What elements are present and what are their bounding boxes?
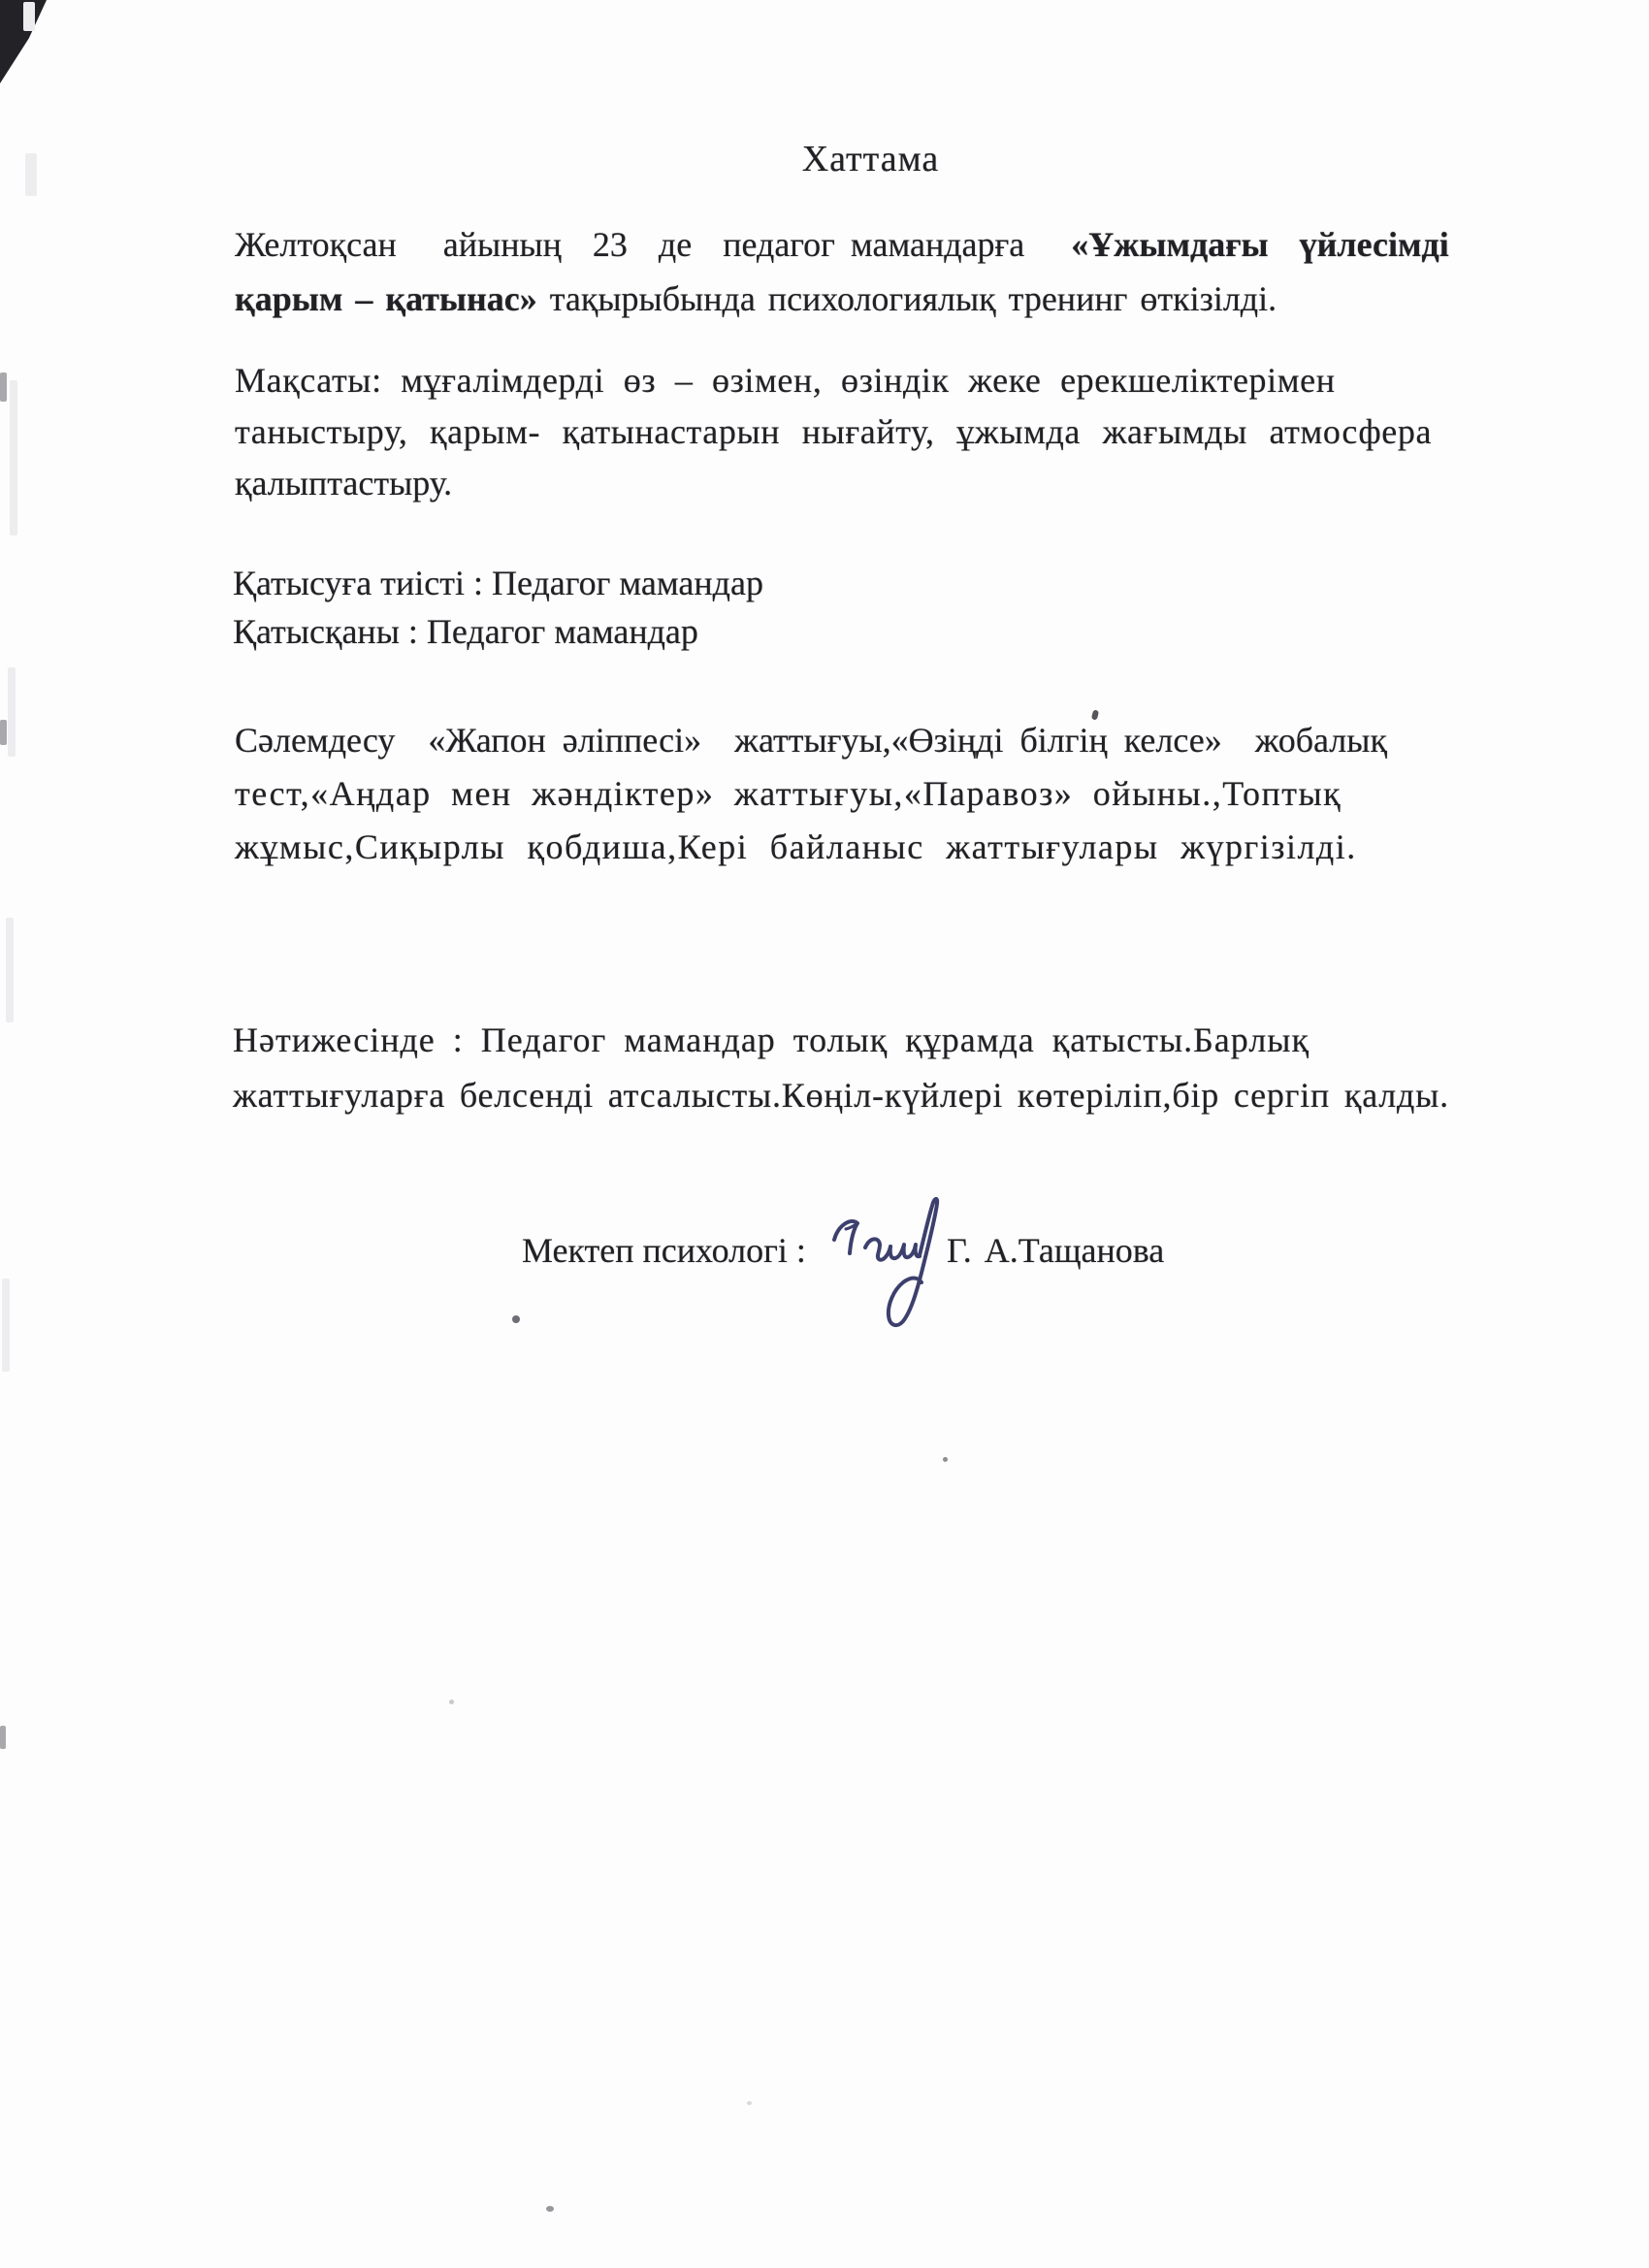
result-line-2: жаттығуларға белсенді атсалысты.Көңіл-кү… [233,1068,1449,1123]
signature-role-label: Мектеп психологі : [522,1224,806,1278]
intro-line1-regular-segment: Желтоқсан айының 23 де педагог мамандарғ… [235,225,1071,264]
intro-line-1: Желтоқсан айының 23 де педагог мамандарғ… [235,217,1449,272]
scanned-document-page: Хаттама Желтоқсан айының 23 де педагог м… [0,0,1649,2268]
intro-paragraph: Желтоқсан айының 23 де педагог мамандарғ… [235,217,1449,326]
intro-line1-bold-segment: «Ұжымдағы үйлесімді [1071,225,1448,264]
scan-edge-smudge [8,667,16,757]
attendees-expected-line: Қатысуға тиісті : Педагог мамандар [233,559,763,607]
intro-line2-regular-segment: тақырыбында психологиялық тренинг өткізі… [537,279,1277,318]
document-title: Хаттама [233,136,1508,182]
activities-line-3: жұмыс,Сиқырлы қобдиша,Кері байланыс жатт… [235,821,1387,874]
signature-name: Г. А.Тащанова [947,1224,1164,1278]
scan-edge-smudge [6,918,14,1022]
scan-edge-smudge [25,153,37,196]
purpose-line-3: қалыптастыру. [235,458,1432,509]
intro-line-2: қарым – қатынас» тақырыбында психологиял… [235,272,1449,326]
result-paragraph: Нәтижесінде : Педагог мамандар толық құр… [233,1013,1449,1123]
scan-edge-smudge [10,380,17,535]
result-line-1: Нәтижесінде : Педагог мамандар толық құр… [233,1013,1449,1068]
scan-corner-artifact [0,0,47,83]
purpose-line-1: Мақсаты: мұғалімдерді өз – өзімен, өзінд… [235,355,1432,406]
signature-scribble [824,1193,949,1337]
purpose-line-2: таныстыру, қарым- қатынастарын нығайту, … [235,406,1432,458]
scan-speck [943,1457,948,1462]
scan-edge-mark [0,373,7,402]
scan-speck [747,2101,752,2105]
activities-line-1: Сәлемдесу «Жапон әліппесі» жаттығуы,«Өзі… [235,714,1387,767]
scan-edge-mark [0,1726,6,1749]
attendees-section: Қатысуға тиісті : Педагог мамандар Қатыс… [233,559,763,656]
intro-line2-bold-segment: қарым – қатынас» [235,279,537,318]
attendees-attended-line: Қатысқаны : Педагог мамандар [233,607,763,656]
purpose-paragraph: Мақсаты: мұғалімдерді өз – өзімен, өзінд… [235,355,1432,509]
scan-edge-smudge [2,1279,10,1372]
activities-line-2: тест,«Аңдар мен жәндіктер» жаттығуы,«Пар… [235,767,1387,821]
scan-speck [512,1315,520,1323]
scan-speck [449,1700,454,1704]
scan-edge-smudge [23,2,35,31]
scan-edge-mark [0,720,7,745]
activities-paragraph: Сәлемдесу «Жапон әліппесі» жаттығуы,«Өзі… [235,714,1387,874]
scan-speck [546,2206,554,2212]
